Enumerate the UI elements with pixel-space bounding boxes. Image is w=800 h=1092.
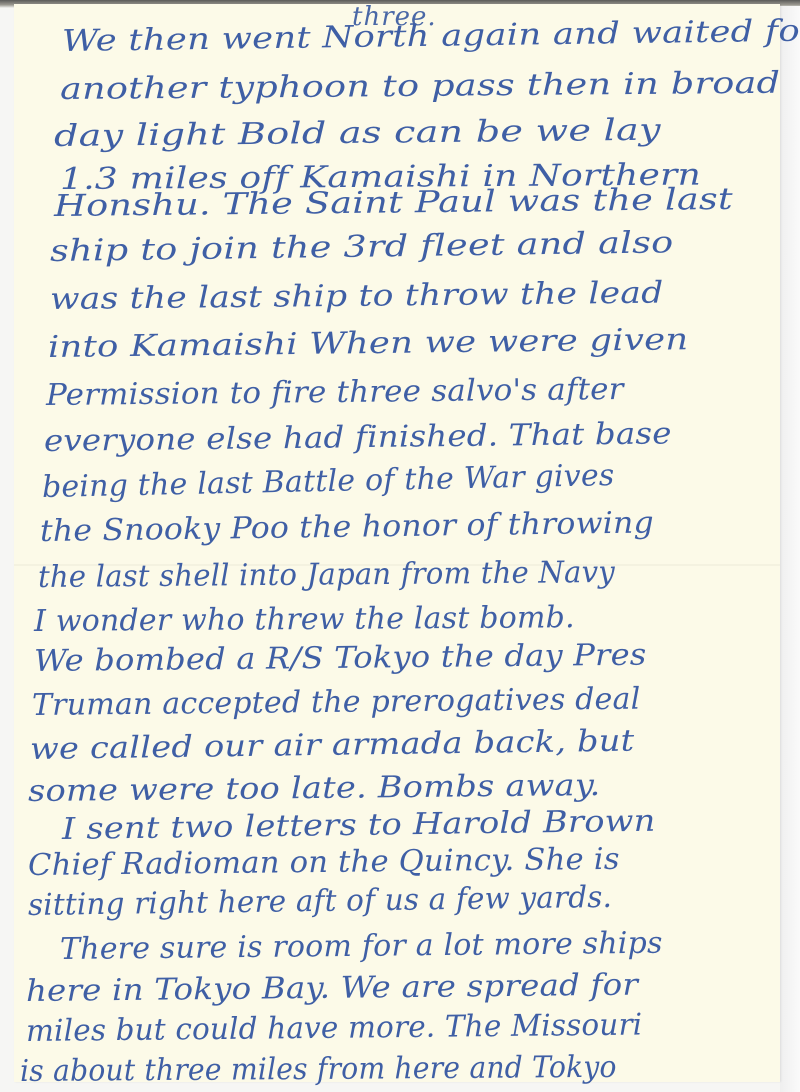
letter-line: the last shell into Japan from the Navy (38, 555, 615, 595)
letter-line: here in Tokyo Bay. We are spread for (26, 968, 639, 1009)
letter-line: Truman accepted the prerogatives deal (32, 682, 641, 723)
letter-line: day light Bold as can be we lay (54, 113, 661, 154)
letter-line: we called our air armada back, but (30, 724, 635, 767)
letter-line: I sent two letters to Harold Brown (62, 804, 656, 847)
scanned-letter-page: three. We then went North again and wait… (0, 0, 800, 1092)
letter-line: some were too late. Bombs away. (28, 768, 601, 809)
letter-line: being the last Battle of the War gives (42, 458, 615, 505)
letter-line: Honshu. The Saint Paul was the last (54, 182, 733, 224)
letter-line: Permission to fire three salvo's after (46, 372, 624, 413)
letter-paper: three. We then went North again and wait… (14, 4, 780, 1082)
letter-line: I wonder who threw the last bomb. (34, 600, 575, 639)
letter-line: Chief Radioman on the Quincy. She is (28, 842, 620, 883)
letter-line: sitting right here aft of us a few yards… (28, 880, 613, 923)
letter-line: into Kamaishi When we were given (48, 322, 689, 365)
letter-line: is about three miles from here and Tokyo (20, 1050, 617, 1089)
letter-line: the Snooky Poo the honor of throwing (40, 505, 654, 549)
letter-line: We bombed a R/S Tokyo the day Pres (34, 638, 647, 679)
letter-line: miles but could have more. The Missouri (26, 1008, 643, 1049)
letter-line: everyone else had finished. That base (44, 416, 672, 459)
letter-line: There sure is room for a lot more ships (60, 926, 663, 967)
scanner-right-margin (780, 6, 800, 1092)
letter-line: We then went North again and waited for (62, 13, 800, 59)
letter-line: was the last ship to throw the lead (50, 276, 664, 317)
letter-line: another typhoon to pass then in broad (60, 66, 781, 107)
letter-line: ship to join the 3rd fleet and also (50, 225, 674, 269)
